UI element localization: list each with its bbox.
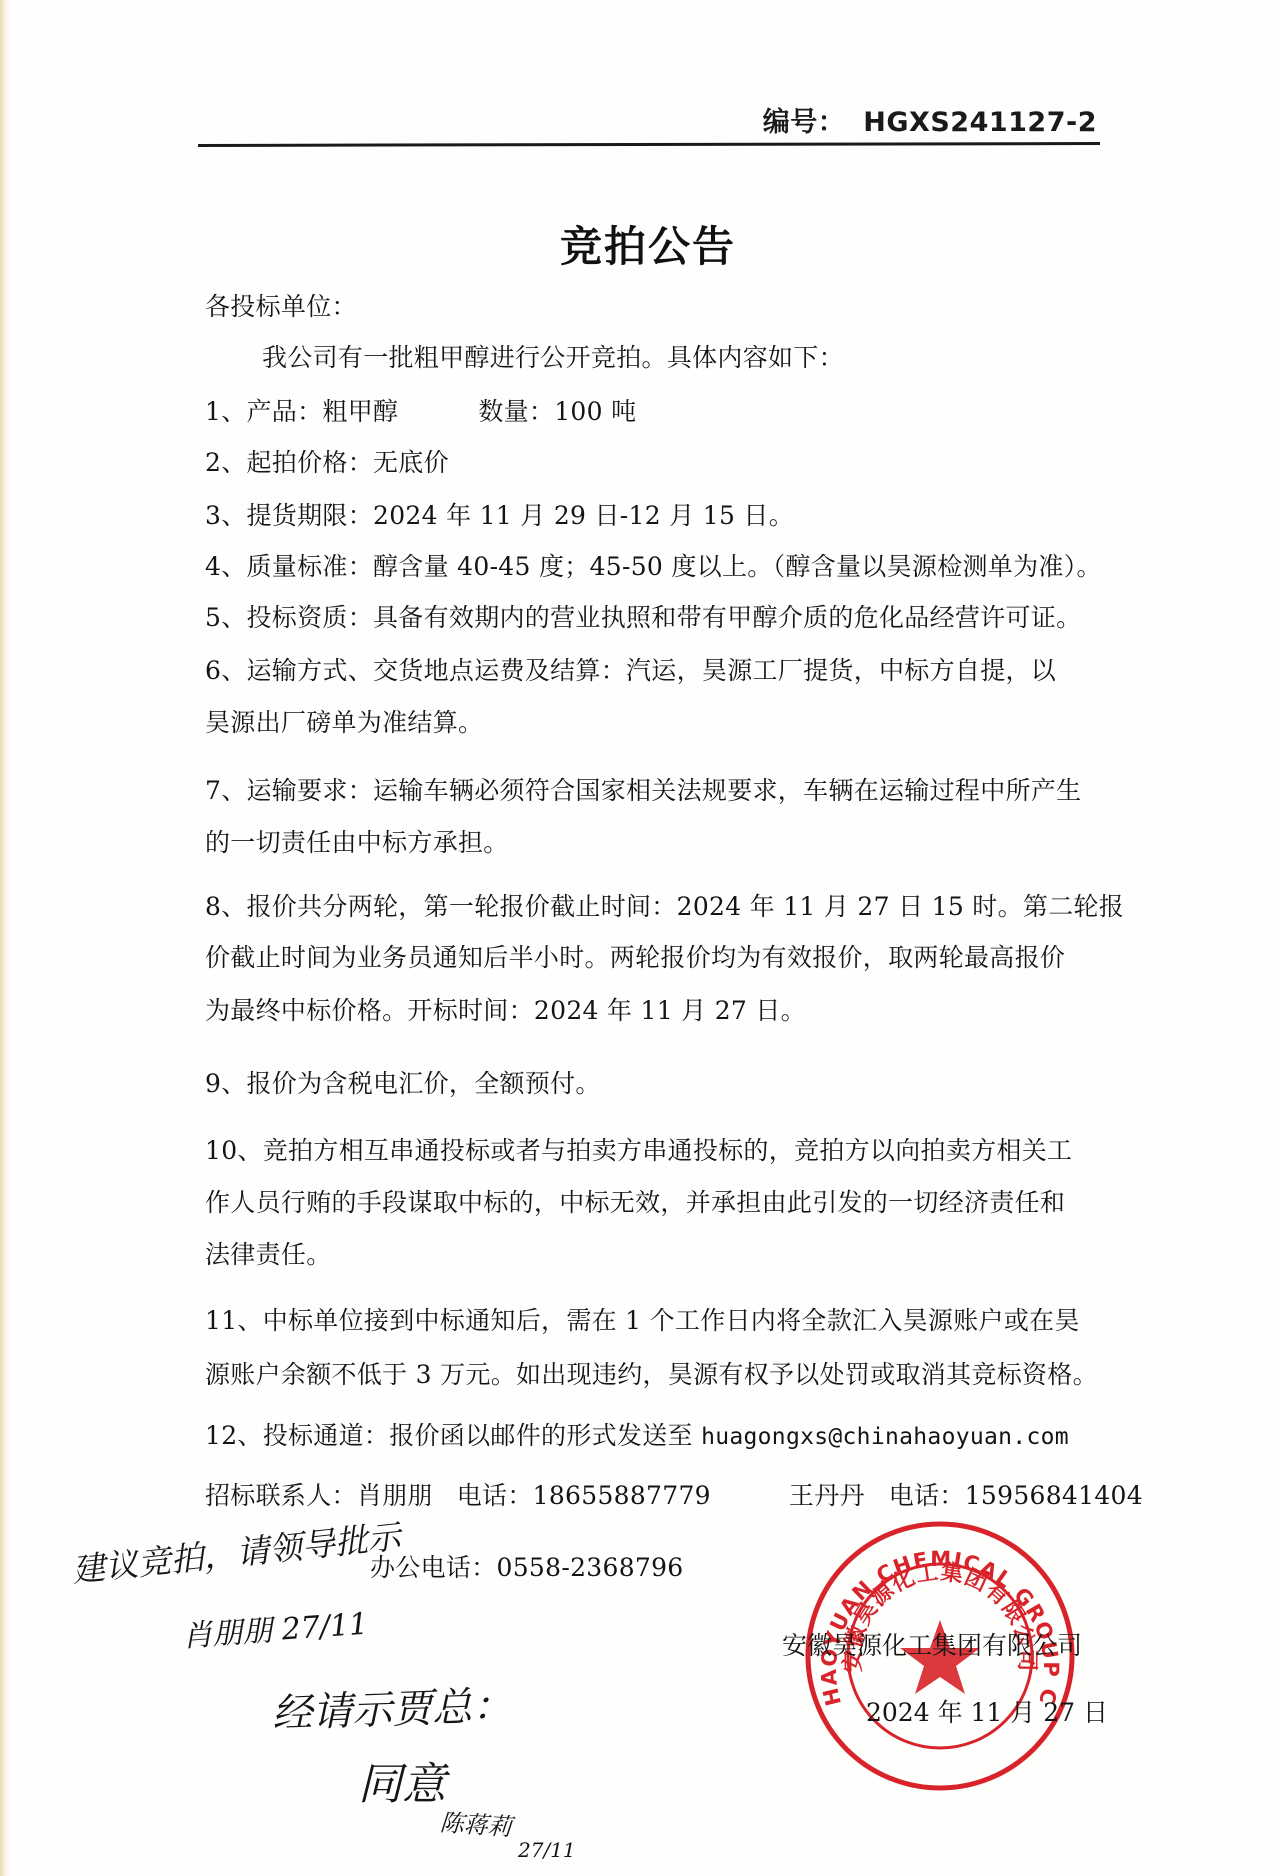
handwritten-signature-2: 陈蒋莉: [439, 1803, 513, 1843]
office-phone: 办公电话：0558-2368796: [370, 1553, 684, 1583]
bid-channel-text: 12、投标通道：报价函以邮件的形式发送至: [205, 1421, 701, 1450]
quantity-label: 数量：100 吨: [478, 397, 636, 426]
product-label: 1、产品：粗甲醇: [205, 397, 398, 426]
bid-email-link[interactable]: huagongxs@chinahaoyuan.com: [701, 1424, 1069, 1450]
issuer-company: 安徽昊源化工集团有限公司: [782, 1626, 1082, 1662]
item-6-transport-line-1: 6、运输方式、交货地点运费及结算：汽运，昊源工厂提货，中标方自提，以: [205, 656, 1056, 686]
issue-date: 2024 年 11 月 27 日: [866, 1693, 1108, 1729]
header-divider: [198, 142, 1100, 147]
item-11-winner-payment-line-2: 源账户余额不低于 3 万元。如出现违约，昊源有权予以处罚或取消其竞标资格。: [205, 1360, 1098, 1390]
item-3-pickup-period: 3、提货期限：2024 年 11 月 29 日-12 月 15 日。: [205, 501, 794, 531]
item-8-bidding-rounds-line-1: 8、报价共分两轮，第一轮报价截止时间：2024 年 11 月 27 日 15 时…: [205, 892, 1124, 922]
item-9-payment: 9、报价为含税电汇价，全额预付。: [205, 1069, 601, 1099]
item-7-requirements-line-1: 7、运输要求：运输车辆必须符合国家相关法规要求，车辆在运输过程中所产生: [205, 776, 1081, 806]
item-2-starting-price: 2、起拍价格：无底价: [205, 448, 449, 478]
document-number: 编号：HGXS241127-2: [763, 100, 1097, 139]
contact-2-phone: 电话：15956841404: [889, 1481, 1143, 1510]
item-5-qualification: 5、投标资质：具备有效期内的营业执照和带有甲醇介质的危化品经营许可证。: [205, 603, 1081, 633]
item-10-collusion-line-3: 法律责任。: [205, 1240, 332, 1270]
document-number-label: 编号：: [763, 107, 846, 138]
intro-paragraph: 我公司有一批粗甲醇进行公开竞拍。具体内容如下：: [262, 343, 844, 373]
contact-2-name: 王丹丹: [789, 1481, 865, 1510]
item-12-bid-channel: 12、投标通道：报价函以邮件的形式发送至 huagongxs@chinahaoy…: [205, 1421, 1069, 1452]
item-6-transport-line-2: 昊源出厂磅单为准结算。: [205, 708, 483, 738]
page-title: 竞拍公告: [0, 214, 1280, 274]
handwritten-note-recommendation: 建议竞拍，请领导批示: [70, 1511, 403, 1592]
document-number-value: HGXS241127-2: [863, 107, 1097, 138]
handwritten-note-consulted: 经请示贾总：: [271, 1674, 513, 1739]
contacts-label: 招标联系人：: [205, 1481, 357, 1510]
contact-1-name: 肖朋朋: [357, 1481, 433, 1510]
paper-edge: [0, 0, 10, 1876]
salutation: 各投标单位：: [205, 292, 357, 322]
handwritten-signature-2-date: 27/11: [518, 1838, 576, 1862]
item-11-winner-payment-line-1: 11、中标单位接到中标通知后，需在 1 个工作日内将全款汇入昊源账户或在昊: [205, 1306, 1080, 1336]
item-8-bidding-rounds-line-2: 价截止时间为业务员通知后半小时。两轮报价均为有效报价，取两轮最高报价: [205, 943, 1065, 973]
item-8-bidding-rounds-line-3: 为最终中标价格。开标时间：2024 年 11 月 27 日。: [205, 996, 806, 1026]
item-10-collusion-line-2: 作人员行贿的手段谋取中标的，中标无效，并承担由此引发的一切经济责任和: [205, 1188, 1065, 1218]
item-4-quality-standard: 4、质量标准：醇含量 40-45 度；45-50 度以上。（醇含量以昊源检测单为…: [205, 552, 1102, 582]
item-10-collusion-line-1: 10、竞拍方相互串通投标或者与拍卖方串通投标的，竞拍方以向拍卖方相关工: [205, 1136, 1072, 1166]
handwritten-note-approved: 同意: [358, 1748, 446, 1812]
item-1-product: 1、产品：粗甲醇数量：100 吨: [205, 397, 636, 427]
contact-1-phone: 电话：18655887779: [457, 1481, 711, 1510]
contacts-line: 招标联系人：肖朋朋电话：18655887779王丹丹电话：15956841404: [205, 1481, 1143, 1511]
item-7-requirements-line-2: 的一切责任由中标方承担。: [205, 828, 509, 858]
handwritten-signature-1: 肖朋朋 27/11: [181, 1599, 370, 1656]
